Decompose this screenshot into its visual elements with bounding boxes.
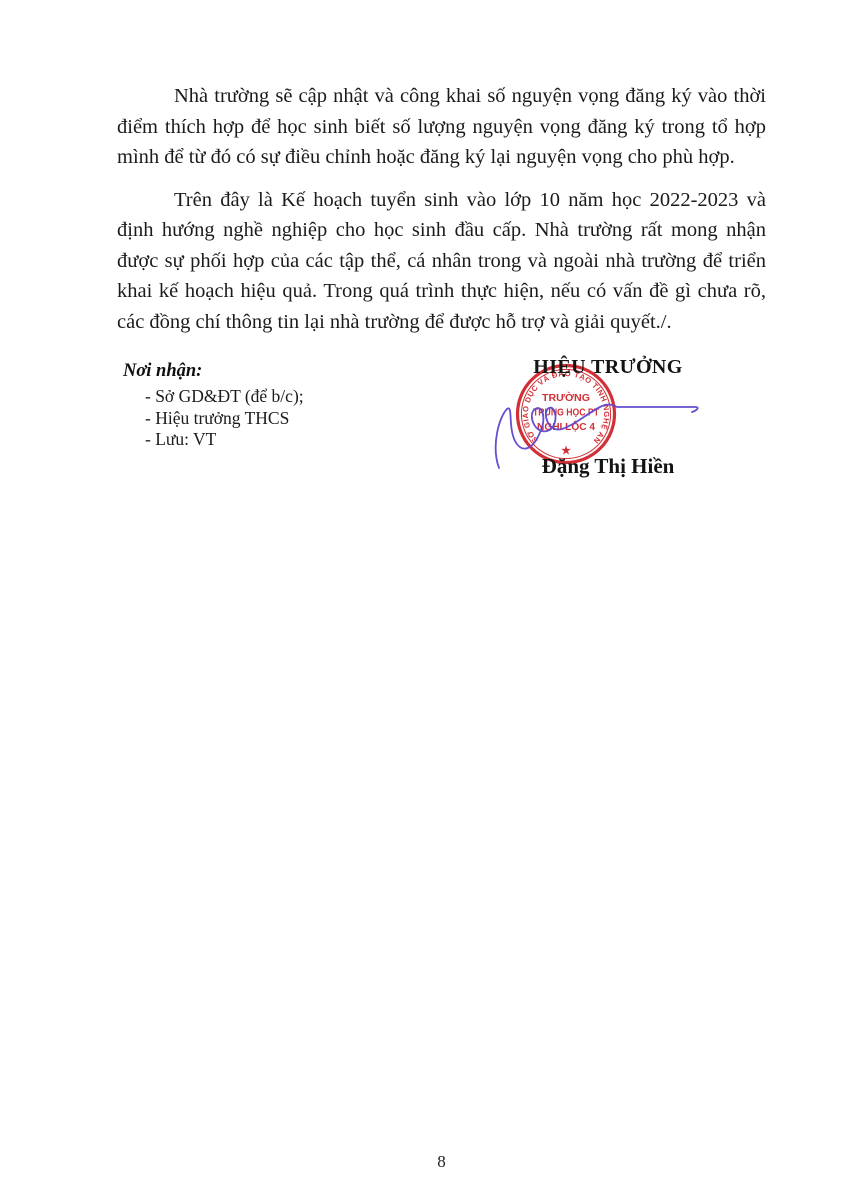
signer-name: Đặng Thị Hiền [490, 454, 726, 479]
recipient-item: - Sở GD&ĐT (để b/c); [145, 386, 403, 408]
recipient-item: - Hiệu trưởng THCS [145, 408, 403, 430]
page-number: 8 [117, 1152, 766, 1172]
recipients-list: - Sở GD&ĐT (để b/c); - Hiệu trưởng THCS … [145, 386, 403, 451]
recipients-block: Nơi nhận: - Sở GD&ĐT (để b/c); - Hiệu tr… [123, 360, 403, 451]
stamp-school-line1: TRƯỜNG [542, 391, 590, 404]
recipients-label: Nơi nhận: [123, 360, 403, 382]
paragraph-closing: Trên đây là Kế hoạch tuyển sinh vào lớp … [117, 185, 766, 338]
signer-title: HIỆU TRƯỞNG [490, 356, 726, 379]
paragraph-update-notice: Nhà trường sẽ cập nhật và công khai số n… [117, 81, 766, 173]
signature-block: HIỆU TRƯỞNG SỞ GIÁO DỤC VÀ ĐÀO TẠO TỈNH … [490, 356, 726, 486]
document-page: Nhà trường sẽ cập nhật và công khai số n… [0, 0, 848, 1200]
recipient-item: - Lưu: VT [145, 429, 403, 451]
document-body: Nhà trường sẽ cập nhật và công khai số n… [117, 81, 766, 349]
